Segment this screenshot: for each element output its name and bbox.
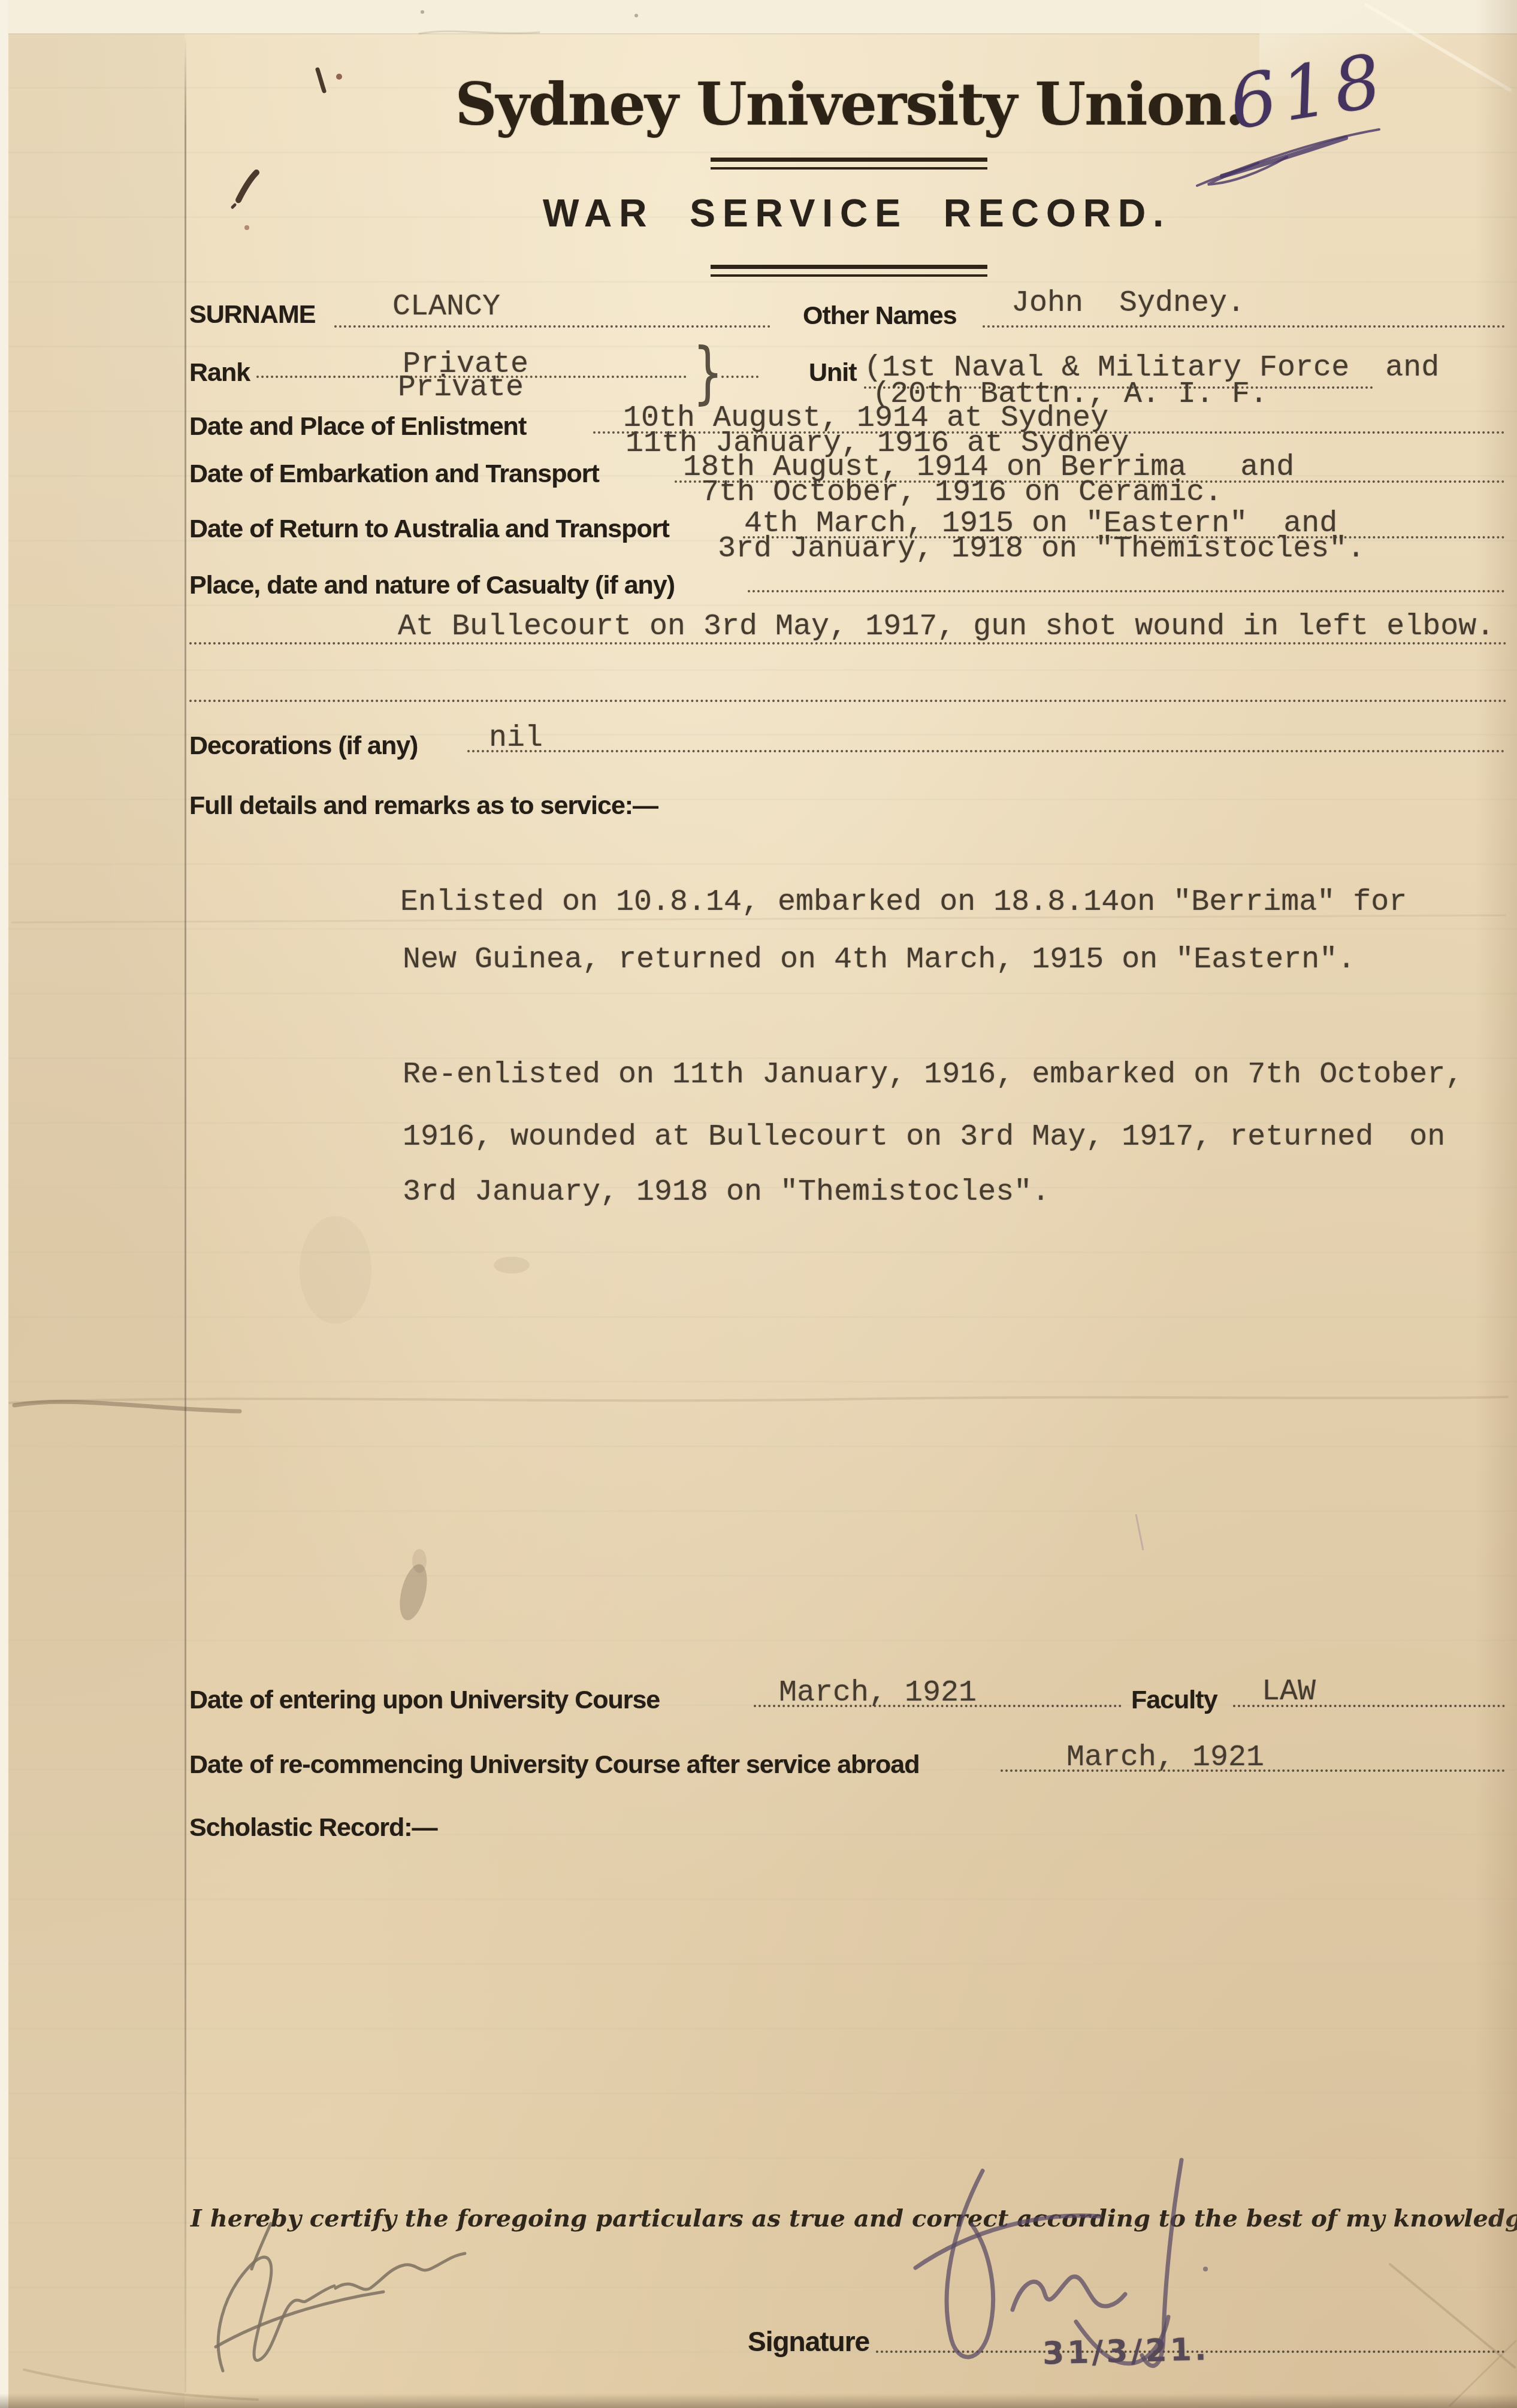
page-title: WAR SERVICE RECORD.	[419, 194, 1294, 232]
decorations-value: nil	[489, 724, 543, 754]
unit-label: Unit	[809, 360, 857, 386]
scan-left-edge	[0, 0, 8, 2408]
remarks-para2-line1: Re-enlisted on 11th January, 1916, embar…	[403, 1060, 1463, 1090]
handwritten-date: 31/3/21.	[1042, 2331, 1210, 2371]
recommence-label: Date of re-commencing University Course …	[189, 1752, 920, 1778]
other-names-value: John Sydney.	[1011, 289, 1245, 319]
surname-leader	[334, 325, 770, 328]
course-label: Date of entering upon University Course	[189, 1687, 660, 1713]
signature-label: Signature	[748, 2328, 869, 2355]
smudges	[300, 1216, 1143, 1623]
faculty-value: LAW	[1262, 1677, 1316, 1707]
faculty-label: Faculty	[1131, 1687, 1217, 1713]
casualty-label: Place, date and nature of Casualty (if a…	[189, 573, 675, 598]
recommence-value: March, 1921	[1066, 1743, 1264, 1773]
remarks-para1-line1: Enlisted on 10.8.14, embarked on 18.8.14…	[400, 888, 1407, 918]
ink-slash-mark	[232, 69, 324, 207]
casualty-leader	[748, 590, 1505, 592]
right-edge-shading	[1475, 0, 1517, 2408]
course-value: March, 1921	[779, 1678, 977, 1708]
surname-label: SURNAME	[189, 302, 315, 328]
rank-leader-after-brace	[721, 376, 758, 378]
double-rule-under-title	[711, 265, 987, 277]
double-rule-top	[711, 158, 987, 170]
other-names-label: Other Names	[803, 303, 957, 329]
return-label: Date of Return to Australia and Transpor…	[189, 516, 669, 542]
remarks-para2-line3: 3rd January, 1918 on "Themistocles".	[403, 1178, 1050, 1208]
decorations-label: Decorations (if any)	[189, 733, 418, 759]
brace-glyph: }	[693, 339, 723, 406]
casualty-leader-line2	[189, 642, 1507, 645]
vertical-fold-line	[185, 34, 186, 2392]
embarkation-value-line2: 7th October, 1916 on Ceramic.	[701, 478, 1222, 508]
rank-value-line2: Private	[398, 373, 524, 403]
other-names-leader	[983, 325, 1505, 328]
ink-speck	[244, 225, 249, 230]
rank-label: Rank	[189, 360, 250, 386]
certification-text: I hereby certify the foregoing particula…	[191, 2206, 1425, 2232]
war-service-record-page: Sydney University Union. 618 WAR SERVICE…	[0, 0, 1517, 2408]
surname-value: CLANCY	[392, 292, 500, 322]
embarkation-label: Date of Embarkation and Transport	[189, 461, 599, 487]
bottom-edge-shadow	[0, 2394, 1517, 2408]
enlistment-label: Date and Place of Enlistment	[189, 414, 526, 440]
remarks-label: Full details and remarks as to service:—	[189, 793, 658, 819]
remarks-para2-line2: 1916, wounded at Bullecourt on 3rd May, …	[403, 1123, 1445, 1152]
handwritten-doc-number: 618	[1225, 43, 1392, 140]
ink-speck	[336, 74, 342, 80]
return-value-line2: 3rd January, 1918 on "Themistocles".	[718, 534, 1365, 564]
remarks-para1-line2: New Guinea, returned on 4th March, 1915 …	[403, 945, 1355, 975]
pencil-signature-scrawl	[216, 2224, 465, 2371]
casualty-value: At Bullecourt on 3rd May, 1917, gun shot…	[398, 612, 1494, 642]
scholastic-label: Scholastic Record:—	[189, 1815, 437, 1841]
decorations-leader	[467, 750, 1505, 752]
casualty-leader-line3	[189, 700, 1507, 702]
organisation-title: Sydney University Union.	[419, 75, 1280, 134]
left-margin-area	[8, 34, 185, 2408]
